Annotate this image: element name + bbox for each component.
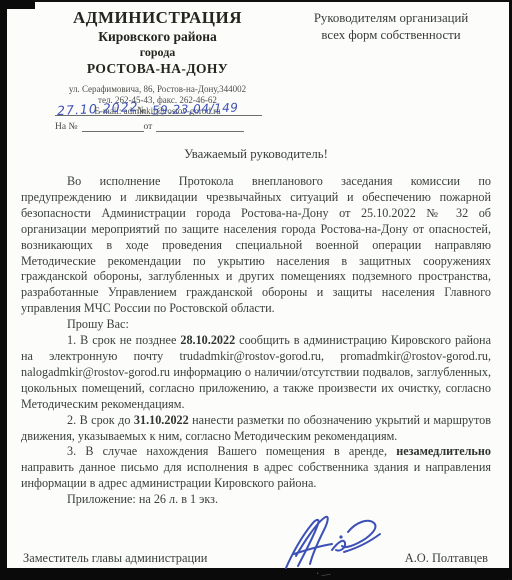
org-name-line1: АДМИНИСТРАЦИЯ: [25, 8, 290, 27]
number-underline: 59.23,04/149: [150, 99, 262, 116]
date-underline: 27.10.2022: [55, 99, 137, 116]
attachment-note: Приложение: на 26 л. в 1 экз.: [21, 492, 491, 508]
signature-row: Заместитель главы администрации А.О. Пол…: [23, 551, 488, 566]
scanned-letter-page: АДМИНИСТРАЦИЯ Кировского района города Р…: [0, 0, 512, 580]
scan-border-left: [0, 0, 7, 580]
reference-block: 27.10.2022№59.23,04/149 На №от: [55, 99, 335, 132]
letter-body: Во исполнение Протокола внепланового зас…: [21, 174, 491, 508]
paragraph-intro: Во исполнение Протокола внепланового зас…: [21, 174, 491, 317]
addressee-block: Руководителям организаций всех форм собс…: [280, 10, 502, 44]
scan-border-top: [0, 0, 512, 2]
item2-deadline: 31.10.2022: [134, 413, 189, 427]
list-item-2: 2. В срок до 31.10.2022 нанести разметки…: [21, 413, 491, 445]
reply-no-label: На №: [55, 122, 78, 132]
handwritten-signature: [282, 510, 387, 576]
pencil-mark: ·﹏: [315, 564, 333, 580]
item3-text: 3. В случае нахождения Вашего помещения …: [67, 444, 396, 458]
reply-no-underline: [82, 120, 144, 132]
signer-position: Заместитель главы администрации: [23, 551, 207, 566]
reply-from-underline: [156, 120, 244, 132]
addressee-line1: Руководителям организаций: [280, 10, 502, 27]
paragraph-request: Прошу Вас:: [21, 317, 491, 333]
reply-from-label: от: [144, 122, 153, 132]
list-item-1: 1. В срок не позднее 28.10.2022 сообщить…: [21, 333, 491, 413]
item3-emphasis: незамедлительно: [396, 444, 491, 458]
item2-text: 2. В срок до: [67, 413, 134, 427]
handwritten-number: 59.23,04/149: [152, 100, 239, 117]
item3-text-cont: направить данное письмо для исполнения в…: [21, 460, 491, 490]
signer-name: А.О. Полтавцев: [405, 551, 488, 566]
scan-border-bottom: [0, 568, 512, 580]
handwritten-date: 27.10.2022: [57, 99, 139, 118]
item1-deadline: 28.10.2022: [180, 333, 235, 347]
org-name-line3: города: [25, 46, 290, 59]
item1-text: 1. В срок не позднее: [67, 333, 180, 347]
list-item-3: 3. В случае нахождения Вашего помещения …: [21, 444, 491, 492]
addressee-line2: всех форм собственности: [280, 27, 502, 44]
salutation: Уважаемый руководитель!: [0, 147, 512, 162]
org-address: ул. Серафимовича, 86, Ростов-на-Дону,344…: [25, 84, 290, 95]
org-name-line2: Кировского района: [25, 29, 290, 44]
org-name-line4: РОСТОВА-НА-ДОНУ: [25, 61, 290, 76]
